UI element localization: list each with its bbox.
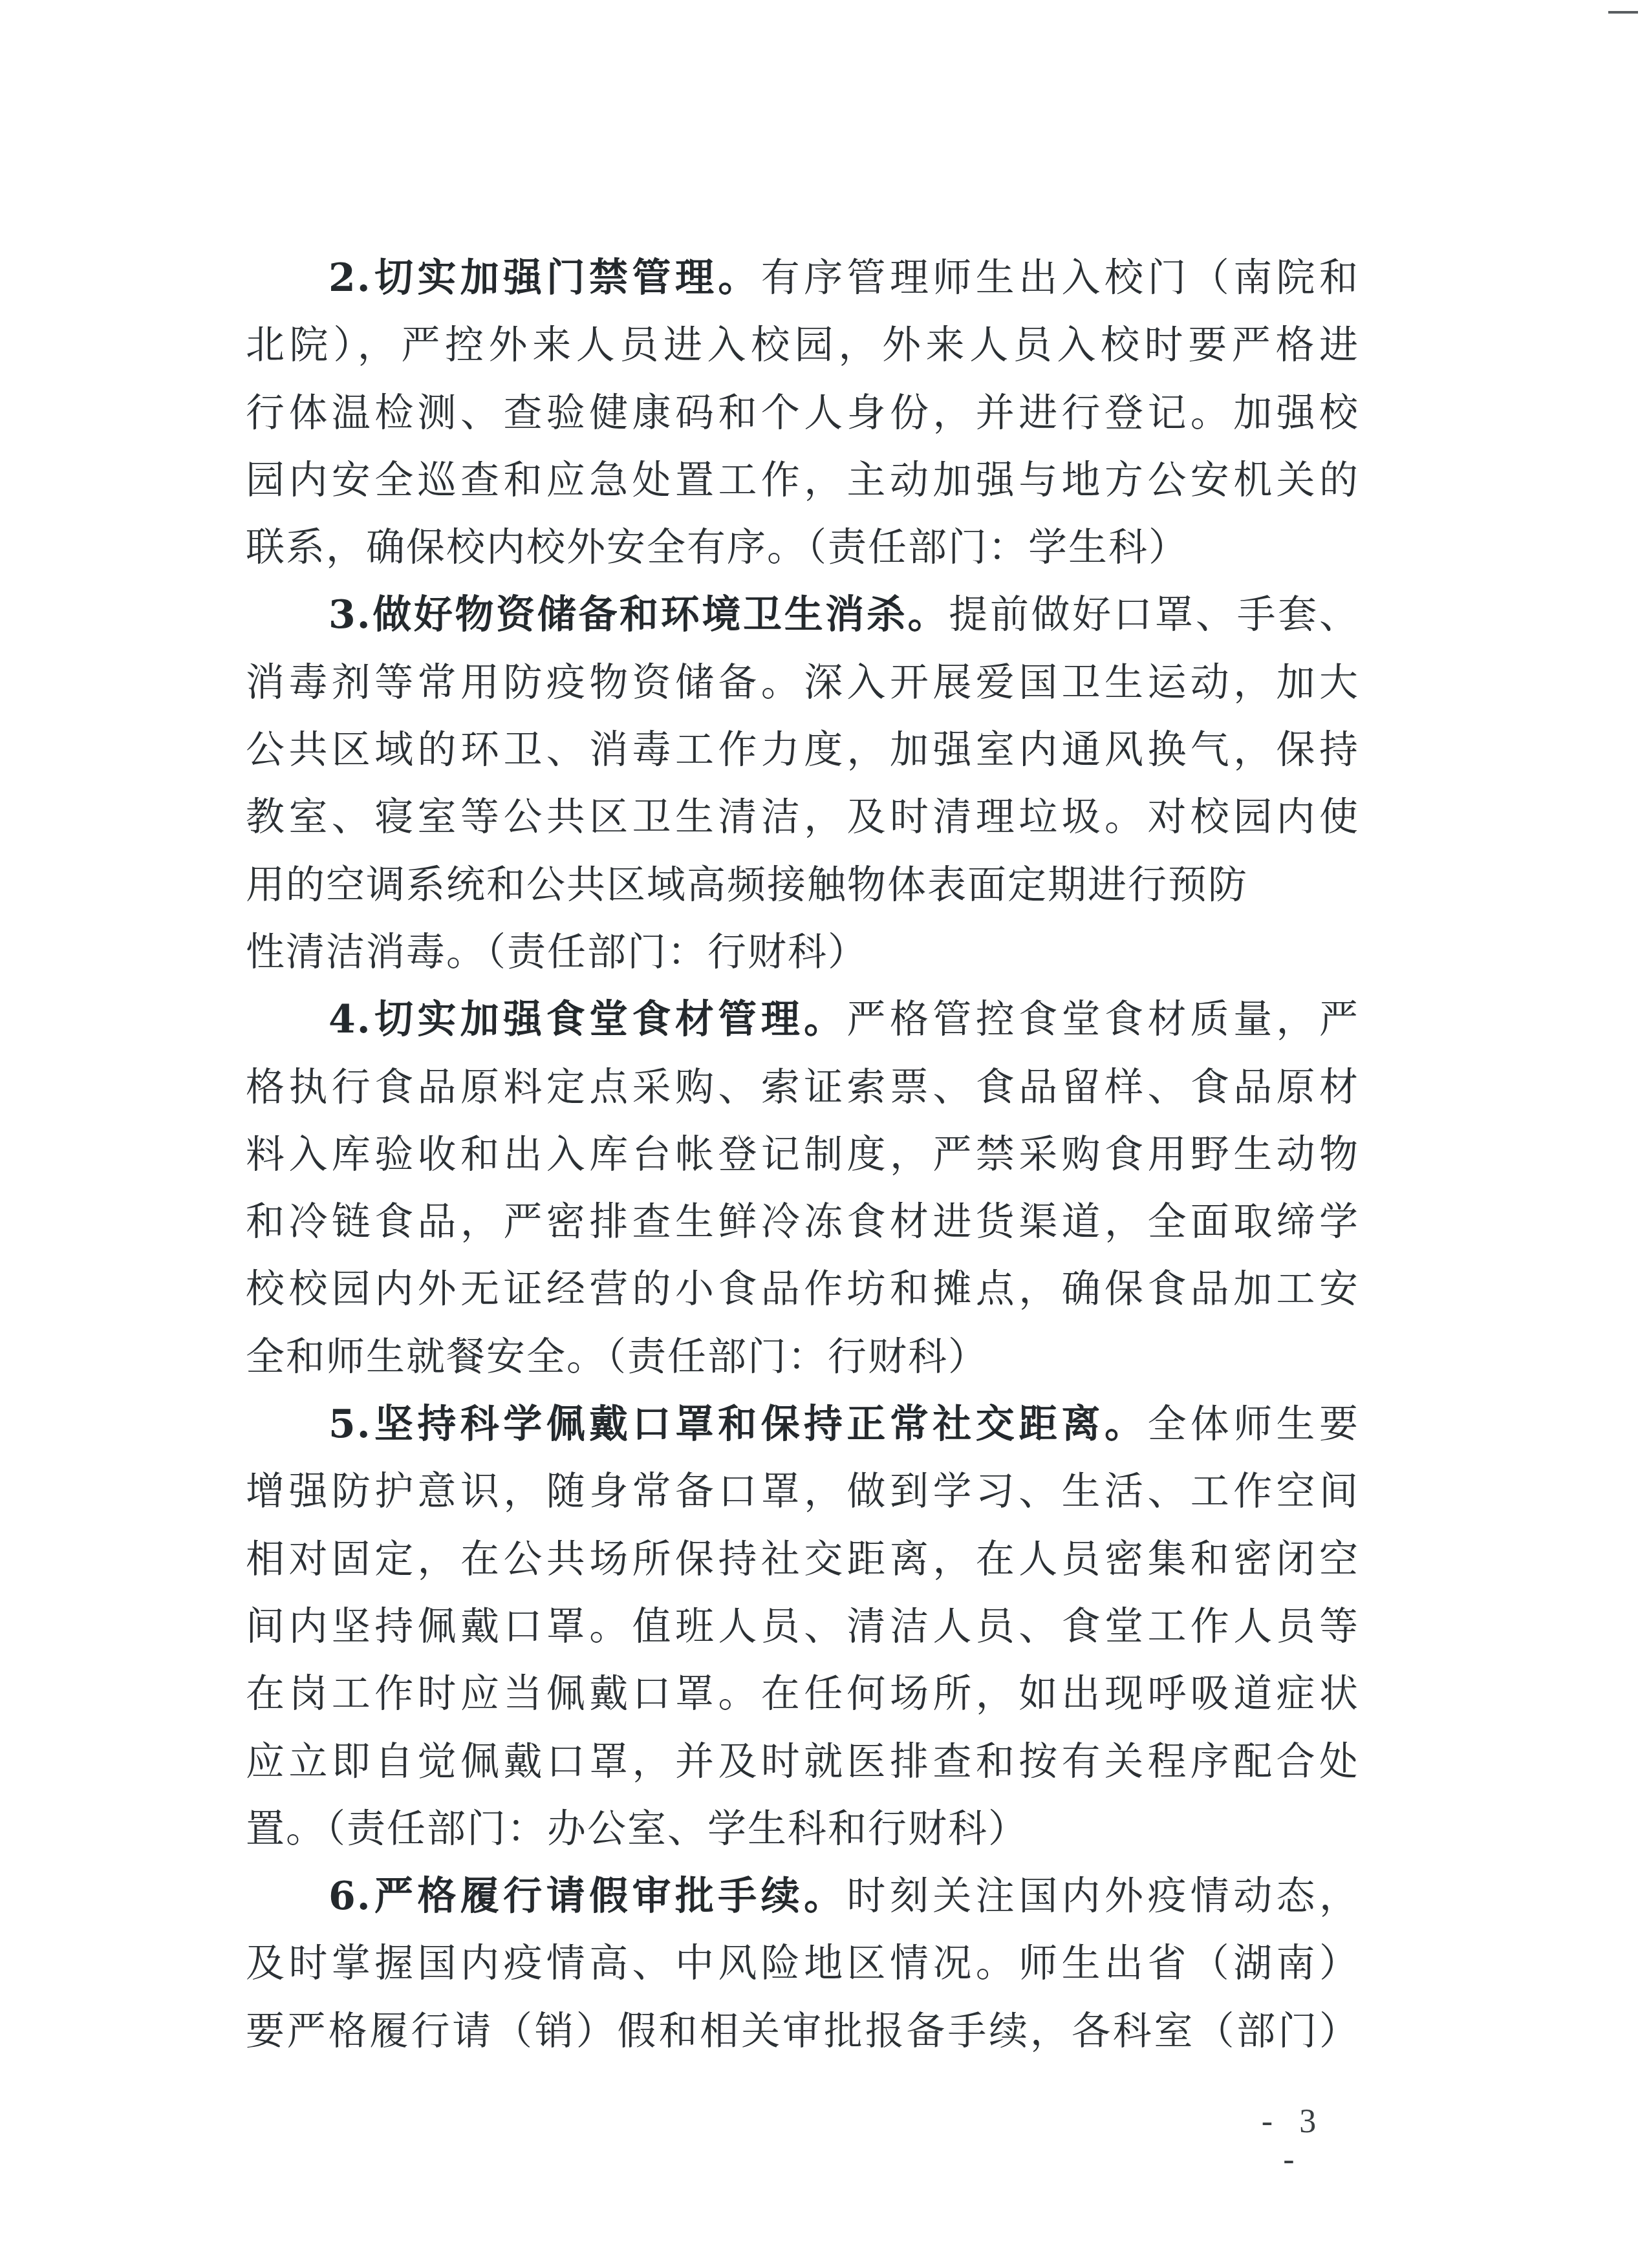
section-number: 4. [329,997,372,1042]
section-6: 6.严格履行请假审批手续。时刻关注国内外疫情动态， 及时掌握国内疫情高、中风险地… [246,1863,1359,2065]
paragraph-line: 用的空调系统和公共区域高频接触物体表面定期进行预防 [246,851,1359,919]
paragraph-line: 料入库验收和出入库台帐登记制度，严禁采购食用野生动物 [246,1121,1359,1188]
section-number: 6. [329,1874,372,1919]
paragraph-line: 性清洁消毒。（责任部门：行财科） [246,919,1359,986]
section-first-line: 4.切实加强食堂食材管理。严格管控食堂食材质量，严 [246,986,1359,1053]
section-first-line: 6.严格履行请假审批手续。时刻关注国内外疫情动态， [246,1863,1359,1930]
section-heading: 做好物资储备和环境卫生消杀。 [372,592,949,637]
paragraph-line: 增强防护意识，随身常备口罩，做到学习、生活、工作空间 [246,1458,1359,1525]
section-number: 5. [329,1402,372,1447]
section-heading: 切实加强食堂食材管理。 [372,997,847,1042]
section-first-line: 3.做好物资储备和环境卫生消杀。提前做好口罩、手套、 [246,581,1359,648]
paragraph-line: 格执行食品原料定点采购、索证索票、食品留样、食品原材 [246,1054,1359,1121]
section-number: 3. [329,592,372,637]
paragraph-line: 相对固定，在公共场所保持社交距离，在人员密集和密闭空 [246,1526,1359,1593]
paragraph-text: 时刻关注国内外疫情动态， [847,1874,1359,1919]
paragraph-line: 公共区域的环卫、消毒工作力度，加强室内通风换气，保持 [246,716,1359,784]
section-number: 2. [329,255,372,301]
paragraph-line: 间内坚持佩戴口罩。值班人员、清洁人员、食堂工作人员等 [246,1593,1359,1660]
paragraph-line: 行体温检测、查验健康码和个人身份，并进行登记。加强校 [246,380,1359,447]
paragraph-line: 全和师生就餐安全。（责任部门：行财科） [246,1323,1359,1391]
section-first-line: 2.切实加强门禁管理。有序管理师生出入校门（南院和 [246,244,1359,312]
paragraph-line: 要严格履行请（销）假和相关审批报备手续，各科室（部门） [246,1998,1359,2065]
paragraph-line: 联系，确保校内校外安全有序。（责任部门：学生科） [246,514,1359,581]
section-heading: 切实加强门禁管理。 [372,255,761,301]
paragraph-line: 置。（责任部门：办公室、学生科和行财科） [246,1795,1359,1863]
paragraph-line: 应立即自觉佩戴口罩，并及时就医排查和按有关程序配合处 [246,1728,1359,1795]
paragraph-line: 在岗工作时应当佩戴口罩。在任何场所，如出现呼吸道症状 [246,1660,1359,1728]
section-heading: 严格履行请假审批手续。 [372,1874,847,1919]
paragraph-text: 严格管控食堂食材质量，严 [847,997,1359,1042]
page-number: - 3 - [1245,2102,1342,2179]
paragraph-line: 园内安全巡查和应急处置工作，主动加强与地方公安机关的 [246,447,1359,514]
paragraph-line: 教室、寝室等公共区卫生清洁，及时清理垃圾。对校园内使 [246,784,1359,851]
paragraph-text: 有序管理师生出入校门（南院和 [761,255,1359,301]
section-4: 4.切实加强食堂食材管理。严格管控食堂食材质量，严 格执行食品原料定点采购、索证… [246,986,1359,1391]
scan-corner-mark [1608,11,1638,14]
section-2: 2.切实加强门禁管理。有序管理师生出入校门（南院和 北院），严控外来人员进入校园… [246,244,1359,581]
paragraph-line: 及时掌握国内疫情高、中风险地区情况。师生出省（湖南） [246,1930,1359,1997]
paragraph-text: 全体师生要 [1147,1402,1359,1447]
section-first-line: 5.坚持科学佩戴口罩和保持正常社交距离。全体师生要 [246,1391,1359,1458]
paragraph-line: 校校园内外无证经营的小食品作坊和摊点，确保食品加工安 [246,1256,1359,1323]
paragraph-text: 提前做好口罩、手套、 [949,592,1359,637]
section-5: 5.坚持科学佩戴口罩和保持正常社交距离。全体师生要 增强防护意识，随身常备口罩，… [246,1391,1359,1863]
paragraph-line: 北院），严控外来人员进入校园，外来人员入校时要严格进 [246,312,1359,379]
paragraph-line: 消毒剂等常用防疫物资储备。深入开展爱国卫生运动，加大 [246,649,1359,716]
document-body: 2.切实加强门禁管理。有序管理师生出入校门（南院和 北院），严控外来人员进入校园… [246,244,1359,2065]
section-3: 3.做好物资储备和环境卫生消杀。提前做好口罩、手套、 消毒剂等常用防疫物资储备。… [246,581,1359,986]
section-heading: 坚持科学佩戴口罩和保持正常社交距离。 [372,1402,1148,1447]
paragraph-line: 和冷链食品，严密排查生鲜冷冻食材进货渠道，全面取缔学 [246,1188,1359,1256]
